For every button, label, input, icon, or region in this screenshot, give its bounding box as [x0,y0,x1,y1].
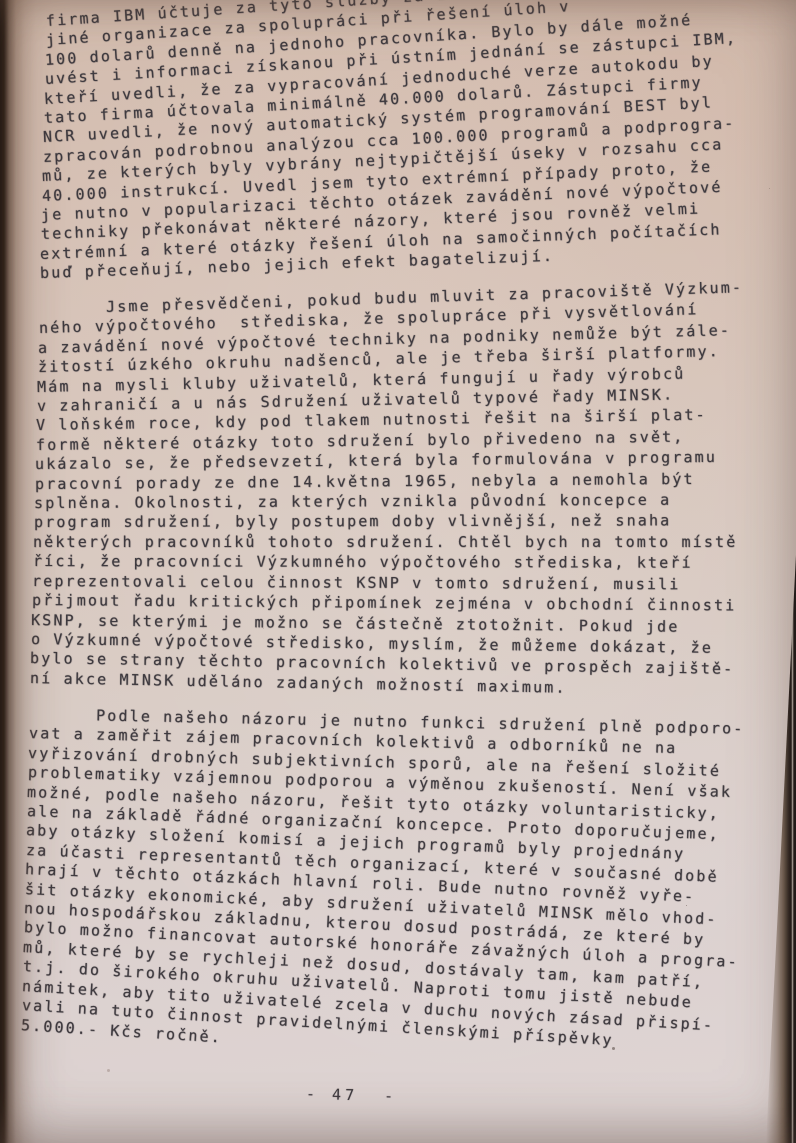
paragraph-user-clubs: Jsme přesvědčeni, pokud budu mluvit za p… [0,300,796,688]
text-line: některých pracovníků tohoto sdružení. Ch… [33,533,796,552]
text-line: říci, že pracovníci Výzkumného výpočtové… [32,552,796,573]
text-line: splněna. Okolnosti, za kterých vznikla p… [34,490,796,513]
scanned-book-photo: firma IBM účtuje za tyto služby za 1jiné… [0,0,796,1143]
text-line: program sdružení, byly postupem doby vli… [33,511,796,532]
paragraph-recommendations: Podle našeho názoru je nutno funkci sdru… [0,705,796,1035]
page-number: - 47 - [306,1085,398,1105]
document-page: firma IBM účtuje za tyto služby za 1jiné… [0,0,796,1143]
book-binding-shadow [0,0,36,1143]
paper-speck-marks [612,1047,615,1050]
paragraph-ibm-pricing: firma IBM účtuje za tyto služby za 1jiné… [0,12,796,284]
